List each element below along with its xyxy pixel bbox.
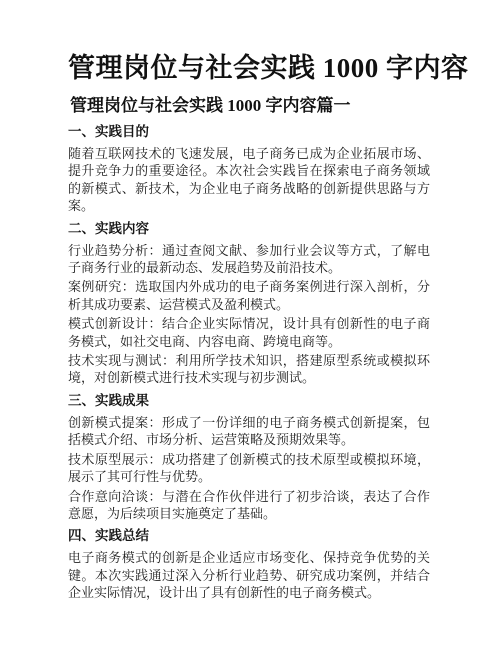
paragraph: 合作意向洽谈：与潜在合作伙伴进行了初步洽谈，表达了合作意愿，为后续项目实施奠定了… [68,488,430,523]
section-practice-purpose: 一、实践目的 随着互联网技术的飞速发展，电子商务已成为企业拓展市场、提升竞争力的… [68,123,430,215]
section-heading: 四、实践总结 [68,527,430,545]
section-practice-summary: 四、实践总结 电子商务模式的创新是企业适应市场变化、保持竞争优势的关键。本次实践… [68,527,430,601]
paragraph: 模式创新设计：结合企业实际情况，设计具有创新性的电子商务模式，如社交电商、内容电… [68,315,430,350]
paragraph: 创新模式提案：形成了一份详细的电子商务模式创新提案，包括模式介绍、市场分析、运营… [68,414,430,449]
section-practice-content: 二、实践内容 行业趋势分析：通过查阅文献、参加行业会议等方式，了解电子商务行业的… [68,220,430,387]
paragraph: 技术实现与测试：利用所学技术知识，搭建原型系统或模拟环境，对创新模式进行技术实现… [68,352,430,387]
section-heading: 三、实践成果 [68,392,430,410]
section-heading: 一、实践目的 [68,123,430,141]
document-page: 管理岗位与社会实践 1000 字内容 管理岗位与社会实践 1000 字内容篇一 … [0,0,500,647]
document-subtitle: 管理岗位与社会实践 1000 字内容篇一 [70,94,430,118]
paragraph: 技术原型展示：成功搭建了创新模式的技术原型或模拟环境，展示了其可行性与优势。 [68,451,430,486]
paragraph: 行业趋势分析：通过查阅文献、参加行业会议等方式，了解电子商务行业的最新动态、发展… [68,242,430,277]
document-title: 管理岗位与社会实践 1000 字内容 [68,50,430,86]
paragraph: 案例研究：选取国内外成功的电子商务案例进行深入剖析，分析其成功要素、运营模式及盈… [68,278,430,313]
paragraph: 电子商务模式的创新是企业适应市场变化、保持竞争优势的关键。本次实践通过深入分析行… [68,549,430,601]
paragraph: 随着互联网技术的飞速发展，电子商务已成为企业拓展市场、提升竞争力的重要途径。本次… [68,145,430,215]
section-practice-results: 三、实践成果 创新模式提案：形成了一份详细的电子商务模式创新提案，包括模式介绍、… [68,392,430,522]
section-heading: 二、实践内容 [68,220,430,238]
